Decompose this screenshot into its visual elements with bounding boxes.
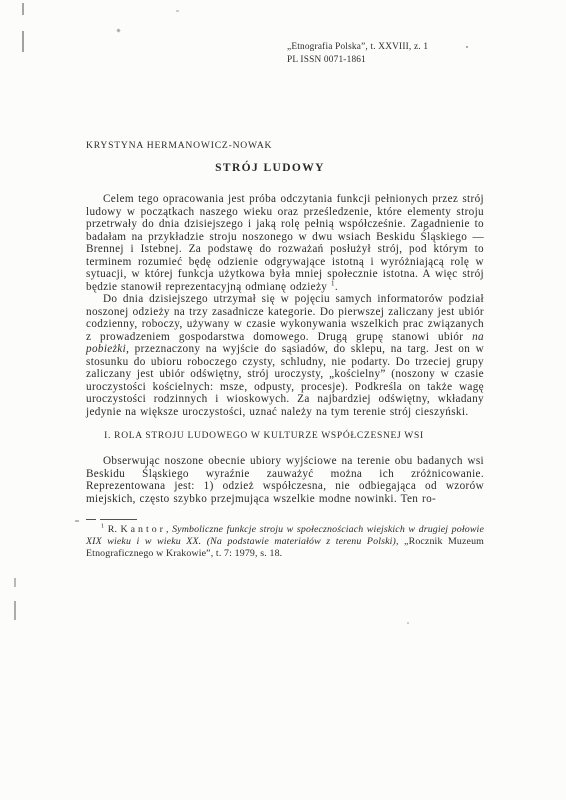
footnote-rule-segment	[86, 519, 96, 520]
footnote: 1 R. Kantor, Symboliczne funkcje stroju …	[86, 524, 484, 560]
scan-artifact	[14, 601, 16, 620]
footnote-rule-segment	[100, 519, 137, 520]
author-name: KRYSTYNA HERMANOWICZ-NOWAK	[86, 140, 484, 152]
scan-artifact	[14, 578, 16, 587]
text-column: „Etnografia Polska”, t. XXVIII, z. 1 PL …	[86, 0, 484, 560]
scan-artifact	[22, 3, 24, 15]
issn-line: PL ISSN 0071-1861	[287, 54, 484, 67]
paragraph: Celem tego opracowania jest próba odczyt…	[86, 193, 484, 293]
footnote-rule	[86, 518, 484, 520]
paragraph: Obserwując noszone obecnie ubiory wyjści…	[86, 455, 484, 505]
article-title: STRÓJ LUDOWY	[86, 161, 484, 175]
paragraph: Do dnia dzisiejszego utrzymał się w poję…	[86, 293, 484, 418]
scanned-page: „Etnografia Polska”, t. XXVIII, z. 1 PL …	[0, 0, 566, 800]
journal-title-line: „Etnografia Polska”, t. XXVIII, z. 1	[287, 41, 484, 54]
scan-artifact	[22, 31, 24, 52]
section-heading: I. ROLA STROJU LUDOWEGO W KULTURZE WSPÓŁ…	[86, 430, 484, 442]
journal-reference: „Etnografia Polska”, t. XXVIII, z. 1 PL …	[287, 41, 484, 66]
scan-artifact	[75, 520, 79, 522]
scan-artifact	[407, 622, 409, 624]
